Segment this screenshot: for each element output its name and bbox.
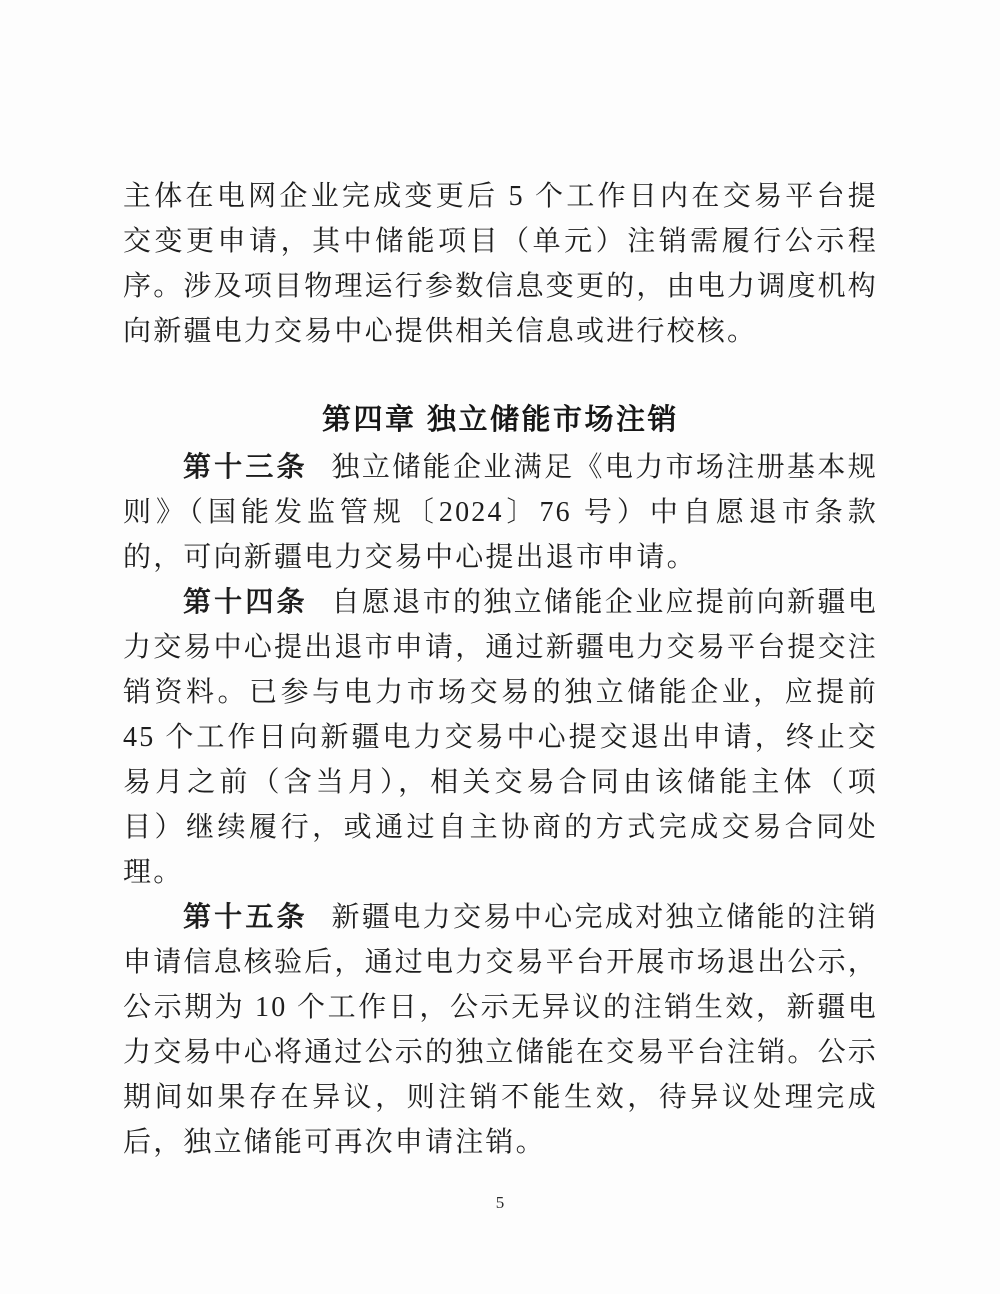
- chapter-heading: 第四章 独立储能市场注销: [123, 398, 878, 443]
- article-13-label: 第十三条: [183, 452, 308, 483]
- article-15-label: 第十五条: [183, 902, 308, 933]
- article-15-text: 新疆电力交易中心完成对独立储能的注销申请信息核验后，通过电力交易平台开展市场退出…: [123, 902, 878, 1158]
- article-14-label: 第十四条: [183, 587, 308, 618]
- document-page: 主体在电网企业完成变更后 5 个工作日内在交易平台提交变更申请，其中储能项目（单…: [0, 0, 1000, 1294]
- article-14-text: 自愿退市的独立储能企业应提前向新疆电力交易中心提出退市申请，通过新疆电力交易平台…: [123, 587, 878, 888]
- article-15-paragraph: 第十五条新疆电力交易中心完成对独立储能的注销申请信息核验后，通过电力交易平台开展…: [123, 895, 878, 1165]
- article-13-paragraph: 第十三条独立储能企业满足《电力市场注册基本规则》（国能发监管规〔2024〕76 …: [123, 445, 878, 580]
- intro-paragraph: 主体在电网企业完成变更后 5 个工作日内在交易平台提交变更申请，其中储能项目（单…: [123, 174, 878, 354]
- page-number: 5: [0, 1193, 1000, 1213]
- article-14-paragraph: 第十四条自愿退市的独立储能企业应提前向新疆电力交易中心提出退市申请，通过新疆电力…: [123, 580, 878, 895]
